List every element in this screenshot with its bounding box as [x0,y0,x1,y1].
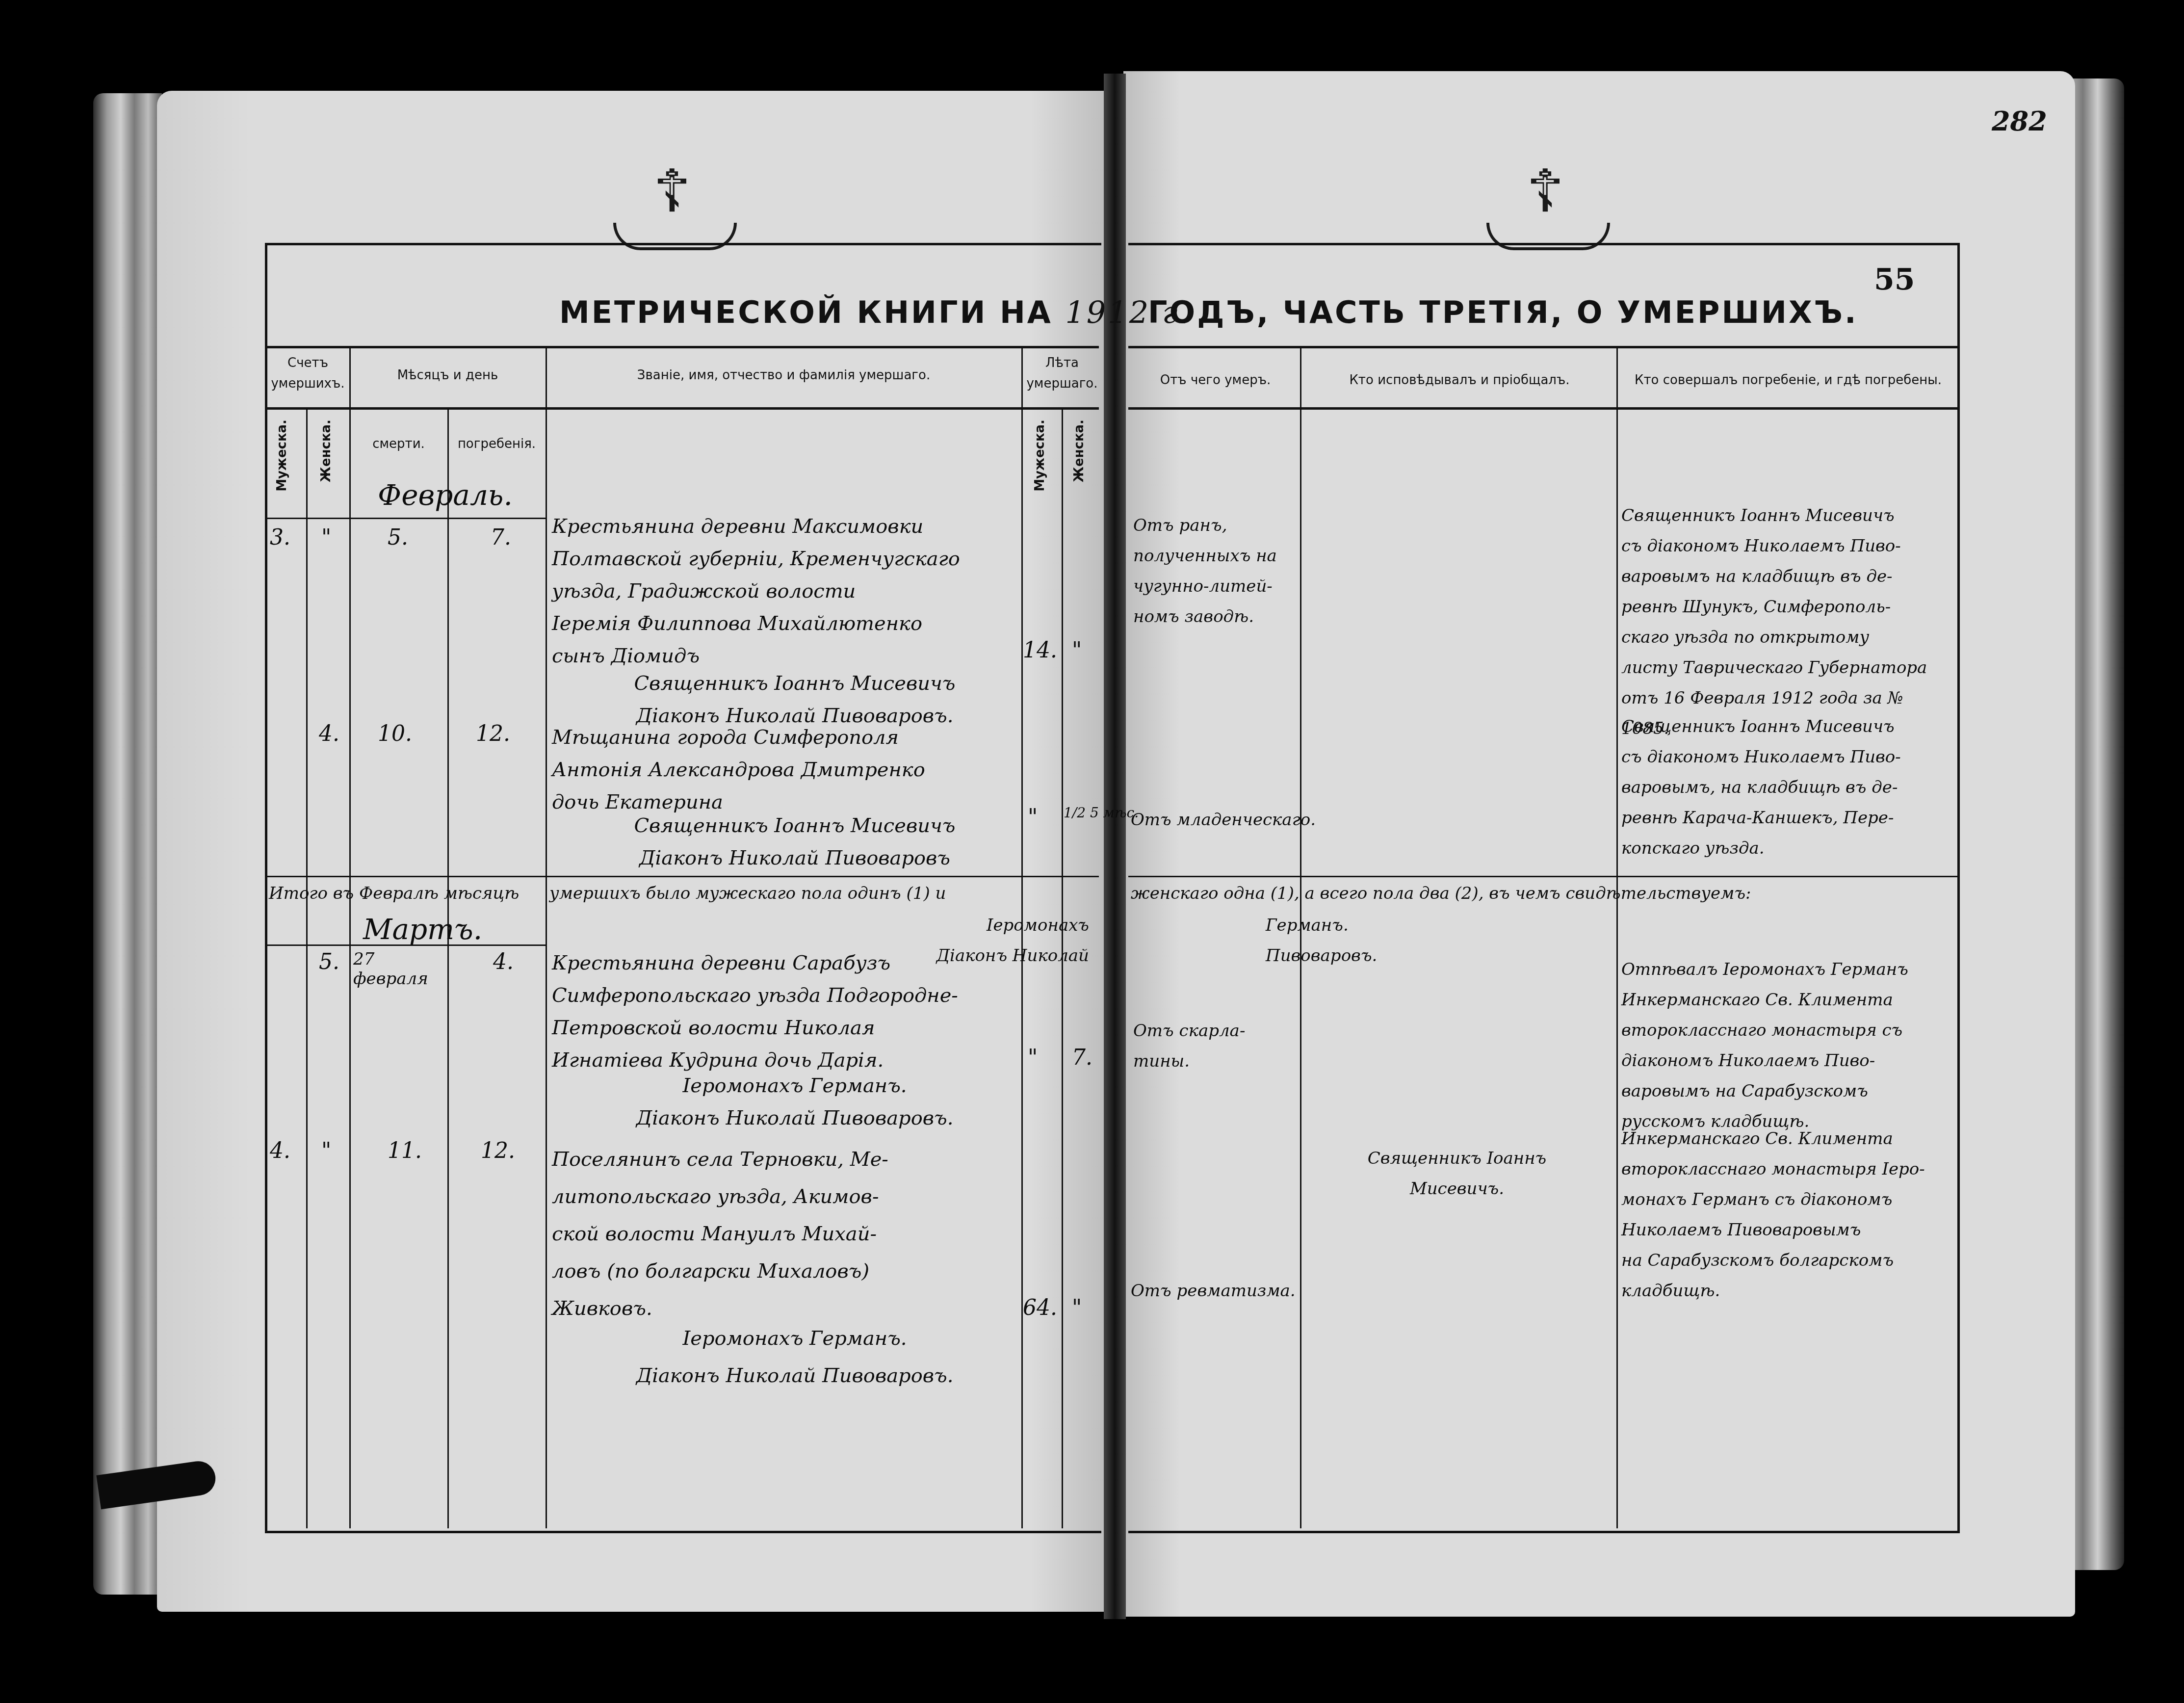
entry-signatures: Священникъ Іоаннъ Мисевичъ Діаконъ Никол… [564,810,1025,874]
entry-death-day: 5. [388,525,408,550]
row-rule [265,518,546,519]
header-burial: погребенія. [449,434,545,455]
header-age-male: Мужеска. [1033,419,1047,492]
imperial-eagle-crest-icon: ☦ [1506,147,1585,236]
entry-death-day: 11. [388,1138,422,1163]
entry-female-no: " [321,525,331,550]
header-month-day: Мѣсяцъ и день [351,366,545,386]
entry-female-no: 4. [319,721,339,746]
header-death: смерти. [351,434,446,455]
entry-age-male: 64. [1023,1295,1057,1320]
entry-burial-by: Отпѣвалъ Іеромонахъ Германъ Инкерманскаг… [1621,954,1960,1137]
header-age-female: Женска. [1072,419,1087,482]
entry-burial-day: 12. [476,721,510,746]
book-spread: ☦ ☦ 282 55 МЕТРИЧЕСКОЙ КНИГИ НА 1912 г. … [0,0,2184,1703]
entry-cause: Отъ ранъ, полученныхъ на чугунно-литей- … [1133,510,1300,632]
february-total-signatures-right: Германъ. Пивоваровъ. [1266,910,1462,971]
entry-name: Крестьянина деревни Максимовки Полтавско… [552,510,1023,672]
february-total-label: Итого въ Февралѣ мѣсяцѣ [269,878,548,909]
month-february: Февраль. [378,478,513,512]
col-divider [306,407,308,1528]
entry-male-no: 3. [270,525,290,550]
header-top-rule [265,346,1099,348]
entry-burial-by: Инкерманскаго Св. Климента второкласснаг… [1621,1124,1960,1306]
header-mid-rule [265,407,1099,410]
row-rule [265,944,546,946]
entry-burial-day: 12. [481,1138,515,1163]
col-divider [546,346,547,1528]
entry-signatures: Іеромонахъ Германъ. Діаконъ Николай Пиво… [564,1320,1025,1394]
col-divider [349,346,351,1528]
col-divider [447,407,449,1528]
col-divider [1616,346,1618,1528]
entry-age-male: " [1028,805,1038,830]
entry-death-day: 27 февраля [353,949,446,989]
entry-burial-day: 4. [493,949,514,974]
title-printed-left: МЕТРИЧЕСКОЙ КНИГИ НА [559,294,1053,330]
header-top-rule [1128,346,1957,348]
entry-name: Мѣщанина города Симферополя Антонія Алек… [552,721,1023,818]
entry-cause: Отъ ревматизма. [1131,1276,1376,1306]
header-cause: Отъ чего умеръ. [1131,370,1300,391]
header-name: Званіе, имя, отчество и фамилія умершаго… [547,366,1020,386]
folio-number: 282 [1992,105,2047,137]
month-march: Мартъ. [363,913,482,946]
entry-cause: Отъ скарла- тины. [1133,1016,1300,1076]
row-rule [265,876,1099,877]
header-confessor: Кто исповѣдывалъ и пріобщалъ. [1302,370,1616,391]
header-mid-rule [1128,407,1957,410]
entry-burial-by: Священникъ Іоаннъ Мисевичъ съ діакономъ … [1621,711,1960,864]
entry-female-no: " [321,1138,331,1163]
entry-death-day: 10. [378,721,412,746]
entry-cause: Отъ младенческаго. [1131,805,1376,835]
entry-age-female: " [1072,1295,1082,1320]
february-total-text-left: умершихъ было мужескаго пола одинъ (1) и [549,878,1099,909]
entry-name: Крестьянина деревни Сарабузъ Симферополь… [552,947,1023,1076]
entry-name: Поселянинъ села Терновки, Ме- литопольск… [552,1141,1023,1327]
imperial-eagle-crest-icon: ☦ [633,147,711,236]
february-total-text-right: женскаго одна (1), а всего пола два (2),… [1131,878,1960,909]
entry-age-female: 1/2 5 мѣс. [1064,805,1139,821]
entry-signatures: Іеромонахъ Германъ. Діаконъ Николай Пиво… [564,1070,1025,1134]
title-right: ГОДЪ, ЧАСТЬ ТРЕТІЯ, О УМЕРШИХЪ. [1148,294,1858,330]
entry-burial-day: 7. [491,525,511,550]
entry-age-male: " [1028,1045,1038,1070]
entry-age-male: 14. [1023,638,1057,663]
page-edges-left [93,93,162,1595]
header-burial-by: Кто совершалъ погребеніе, и гдѣ погребен… [1619,370,1957,391]
header-count-female: Женска. [319,419,334,482]
header-count-male: Мужеска. [275,419,289,492]
entry-age-female: " [1072,638,1082,663]
title-left: МЕТРИЧЕСКОЙ КНИГИ НА 1912 г. [559,294,1191,330]
entry-age-female: 7. [1072,1045,1092,1070]
entry-male-no: 4. [270,1138,290,1163]
entry-female-no: 5. [319,949,339,974]
header-age: Лѣта умершаго. [1023,353,1101,394]
row-rule [1128,876,1957,877]
entry-burial-by: Священникъ Іоаннъ Мисевичъ съ діакономъ … [1621,500,1960,744]
entry-confessor: Священникъ Іоаннъ Мисевичъ. [1305,1143,1609,1204]
header-count-deceased: Счетъ умершихъ. [267,353,348,394]
